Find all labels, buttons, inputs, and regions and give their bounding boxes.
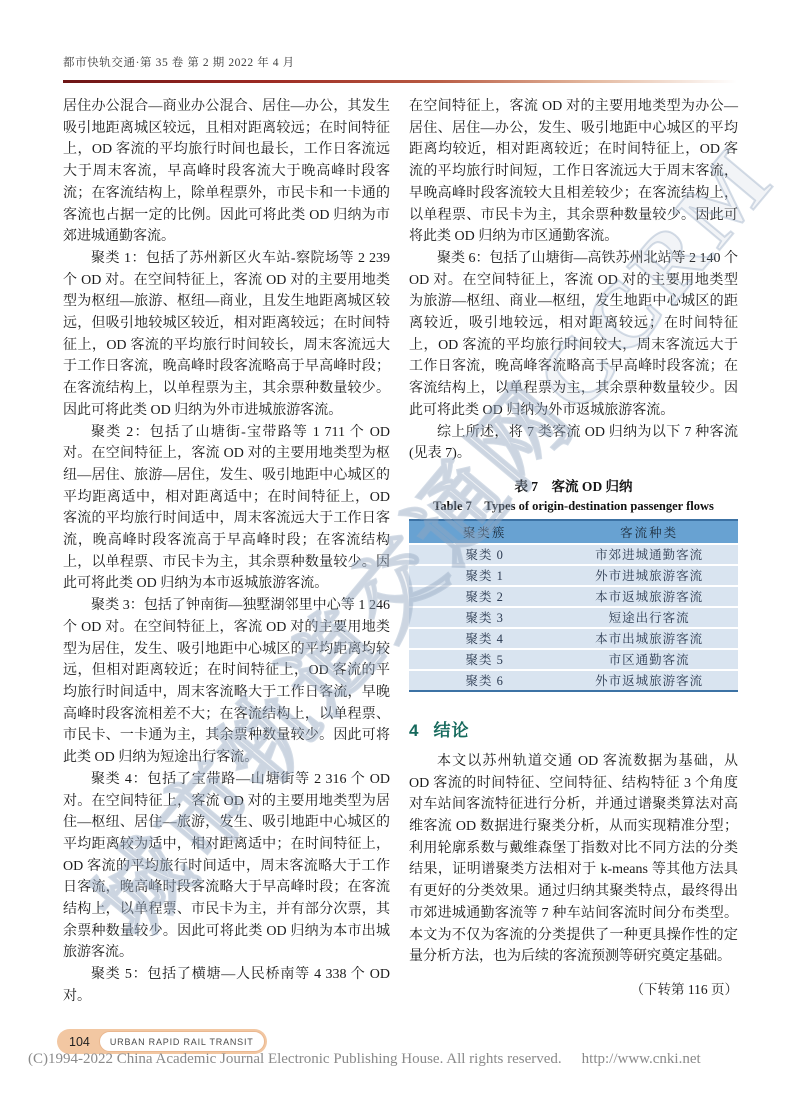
cluster-cell: 聚类 6 (409, 670, 560, 691)
paragraph-cluster-2: 聚类 2：包括了山塘街-宝带路等 1 711 个 OD 对。在空间特征上，客流 … (63, 422, 390, 596)
table-row: 聚类 4 本市出城旅游客流 (409, 628, 738, 649)
od-flow-table: 聚类簇 客流种类 聚类 0 市郊进城通勤客流 聚类 1 外市进城旅游客流 聚类 … (409, 519, 738, 692)
cnki-url: http://www.cnki.net (582, 1051, 701, 1067)
copyright-line: (C)1994-2022 China Academic Journal Elec… (28, 1051, 776, 1068)
type-cell: 外市进城旅游客流 (560, 565, 738, 586)
journal-header: 都市快轨交通·第 35 卷 第 2 期 2022 年 4 月 (63, 54, 295, 70)
type-cell: 本市返城旅游客流 (560, 586, 738, 607)
paragraph-cluster-5: 聚类 5：包括了横塘—人民桥南等 4 338 个 OD 对。 (63, 964, 390, 1007)
paragraph-summary: 综上所述，将 7 类客流 OD 归纳为以下 7 种客流(见表 7)。 (409, 422, 738, 465)
header-rule-line (63, 80, 737, 83)
table-row: 聚类 6 外市返城旅游客流 (409, 670, 738, 691)
conclusion-paragraph: 本文以苏州轨道交通 OD 客流数据为基础，从 OD 客流的时间特征、空间特征、结… (409, 751, 738, 968)
paragraph-cluster-1: 聚类 1：包括了苏州新区火车站-察院场等 2 239 个 OD 对。在空间特征上… (63, 248, 390, 422)
paper-page: 都市快轨交通·第 35 卷 第 2 期 2022 年 4 月 居住办公混合—商业… (0, 0, 800, 1095)
cluster-cell: 聚类 3 (409, 607, 560, 628)
cluster-cell: 聚类 0 (409, 544, 560, 565)
paragraph-cluster-3: 聚类 3：包括了钟南街—独墅湖邻里中心等 1 246 个 OD 对。在空间特征上… (63, 595, 390, 769)
table-title-zh: 表 7 客流 OD 归纳 (409, 475, 738, 495)
column-header-type: 客流种类 (560, 520, 738, 544)
journal-name-capsule: URBAN RAPID RAIL TRANSIT (99, 1031, 265, 1052)
section-heading-conclusion: 4结论 (409, 716, 738, 741)
left-column: 居住办公混合—商业办公混合、居住—办公，其发生吸引地距离城区较远，且相对距离较远… (63, 96, 390, 1008)
type-cell: 本市出城旅游客流 (560, 628, 738, 649)
section-title: 结论 (433, 721, 469, 740)
table-row: 聚类 3 短途出行客流 (409, 607, 738, 628)
continuation-note: （下转第 116 页） (409, 978, 738, 998)
paragraph-cluster-6: 聚类 6：包括了山塘街—高铁苏州北站等 2 140 个 OD 对。在空间特征上，… (409, 248, 738, 422)
type-cell: 短途出行客流 (560, 607, 738, 628)
table-row: 聚类 1 外市进城旅游客流 (409, 565, 738, 586)
column-header-cluster: 聚类簇 (409, 520, 560, 544)
table-row: 聚类 2 本市返城旅游客流 (409, 586, 738, 607)
table-title-en: Table 7 Types of origin-destination pass… (409, 496, 738, 514)
table-row: 聚类 5 市区通勤客流 (409, 649, 738, 670)
type-cell: 外市返城旅游客流 (560, 670, 738, 691)
type-cell: 市区通勤客流 (560, 649, 738, 670)
copyright-text: (C)1994-2022 China Academic Journal Elec… (28, 1051, 562, 1067)
section-number: 4 (409, 721, 419, 740)
page-number: 104 (57, 1035, 99, 1049)
cluster-cell: 聚类 1 (409, 565, 560, 586)
cluster-cell: 聚类 4 (409, 628, 560, 649)
paragraph-continuation: 在空间特征上，客流 OD 对的主要用地类型为办公—居住、居住—办公，发生、吸引地… (409, 96, 738, 248)
paragraph-continuation: 居住办公混合—商业办公混合、居住—办公，其发生吸引地距离城区较远，且相对距离较远… (63, 96, 390, 248)
right-column: 在空间特征上，客流 OD 对的主要用地类型为办公—居住、居住—办公，发生、吸引地… (409, 96, 738, 998)
cluster-cell: 聚类 2 (409, 586, 560, 607)
table-header-row: 聚类簇 客流种类 (409, 520, 738, 544)
type-cell: 市郊进城通勤客流 (560, 544, 738, 565)
paragraph-cluster-4: 聚类 4：包括了宝带路—山塘街等 2 316 个 OD 对。在空间特征上，客流 … (63, 769, 390, 964)
table-row: 聚类 0 市郊进城通勤客流 (409, 544, 738, 565)
cluster-cell: 聚类 5 (409, 649, 560, 670)
